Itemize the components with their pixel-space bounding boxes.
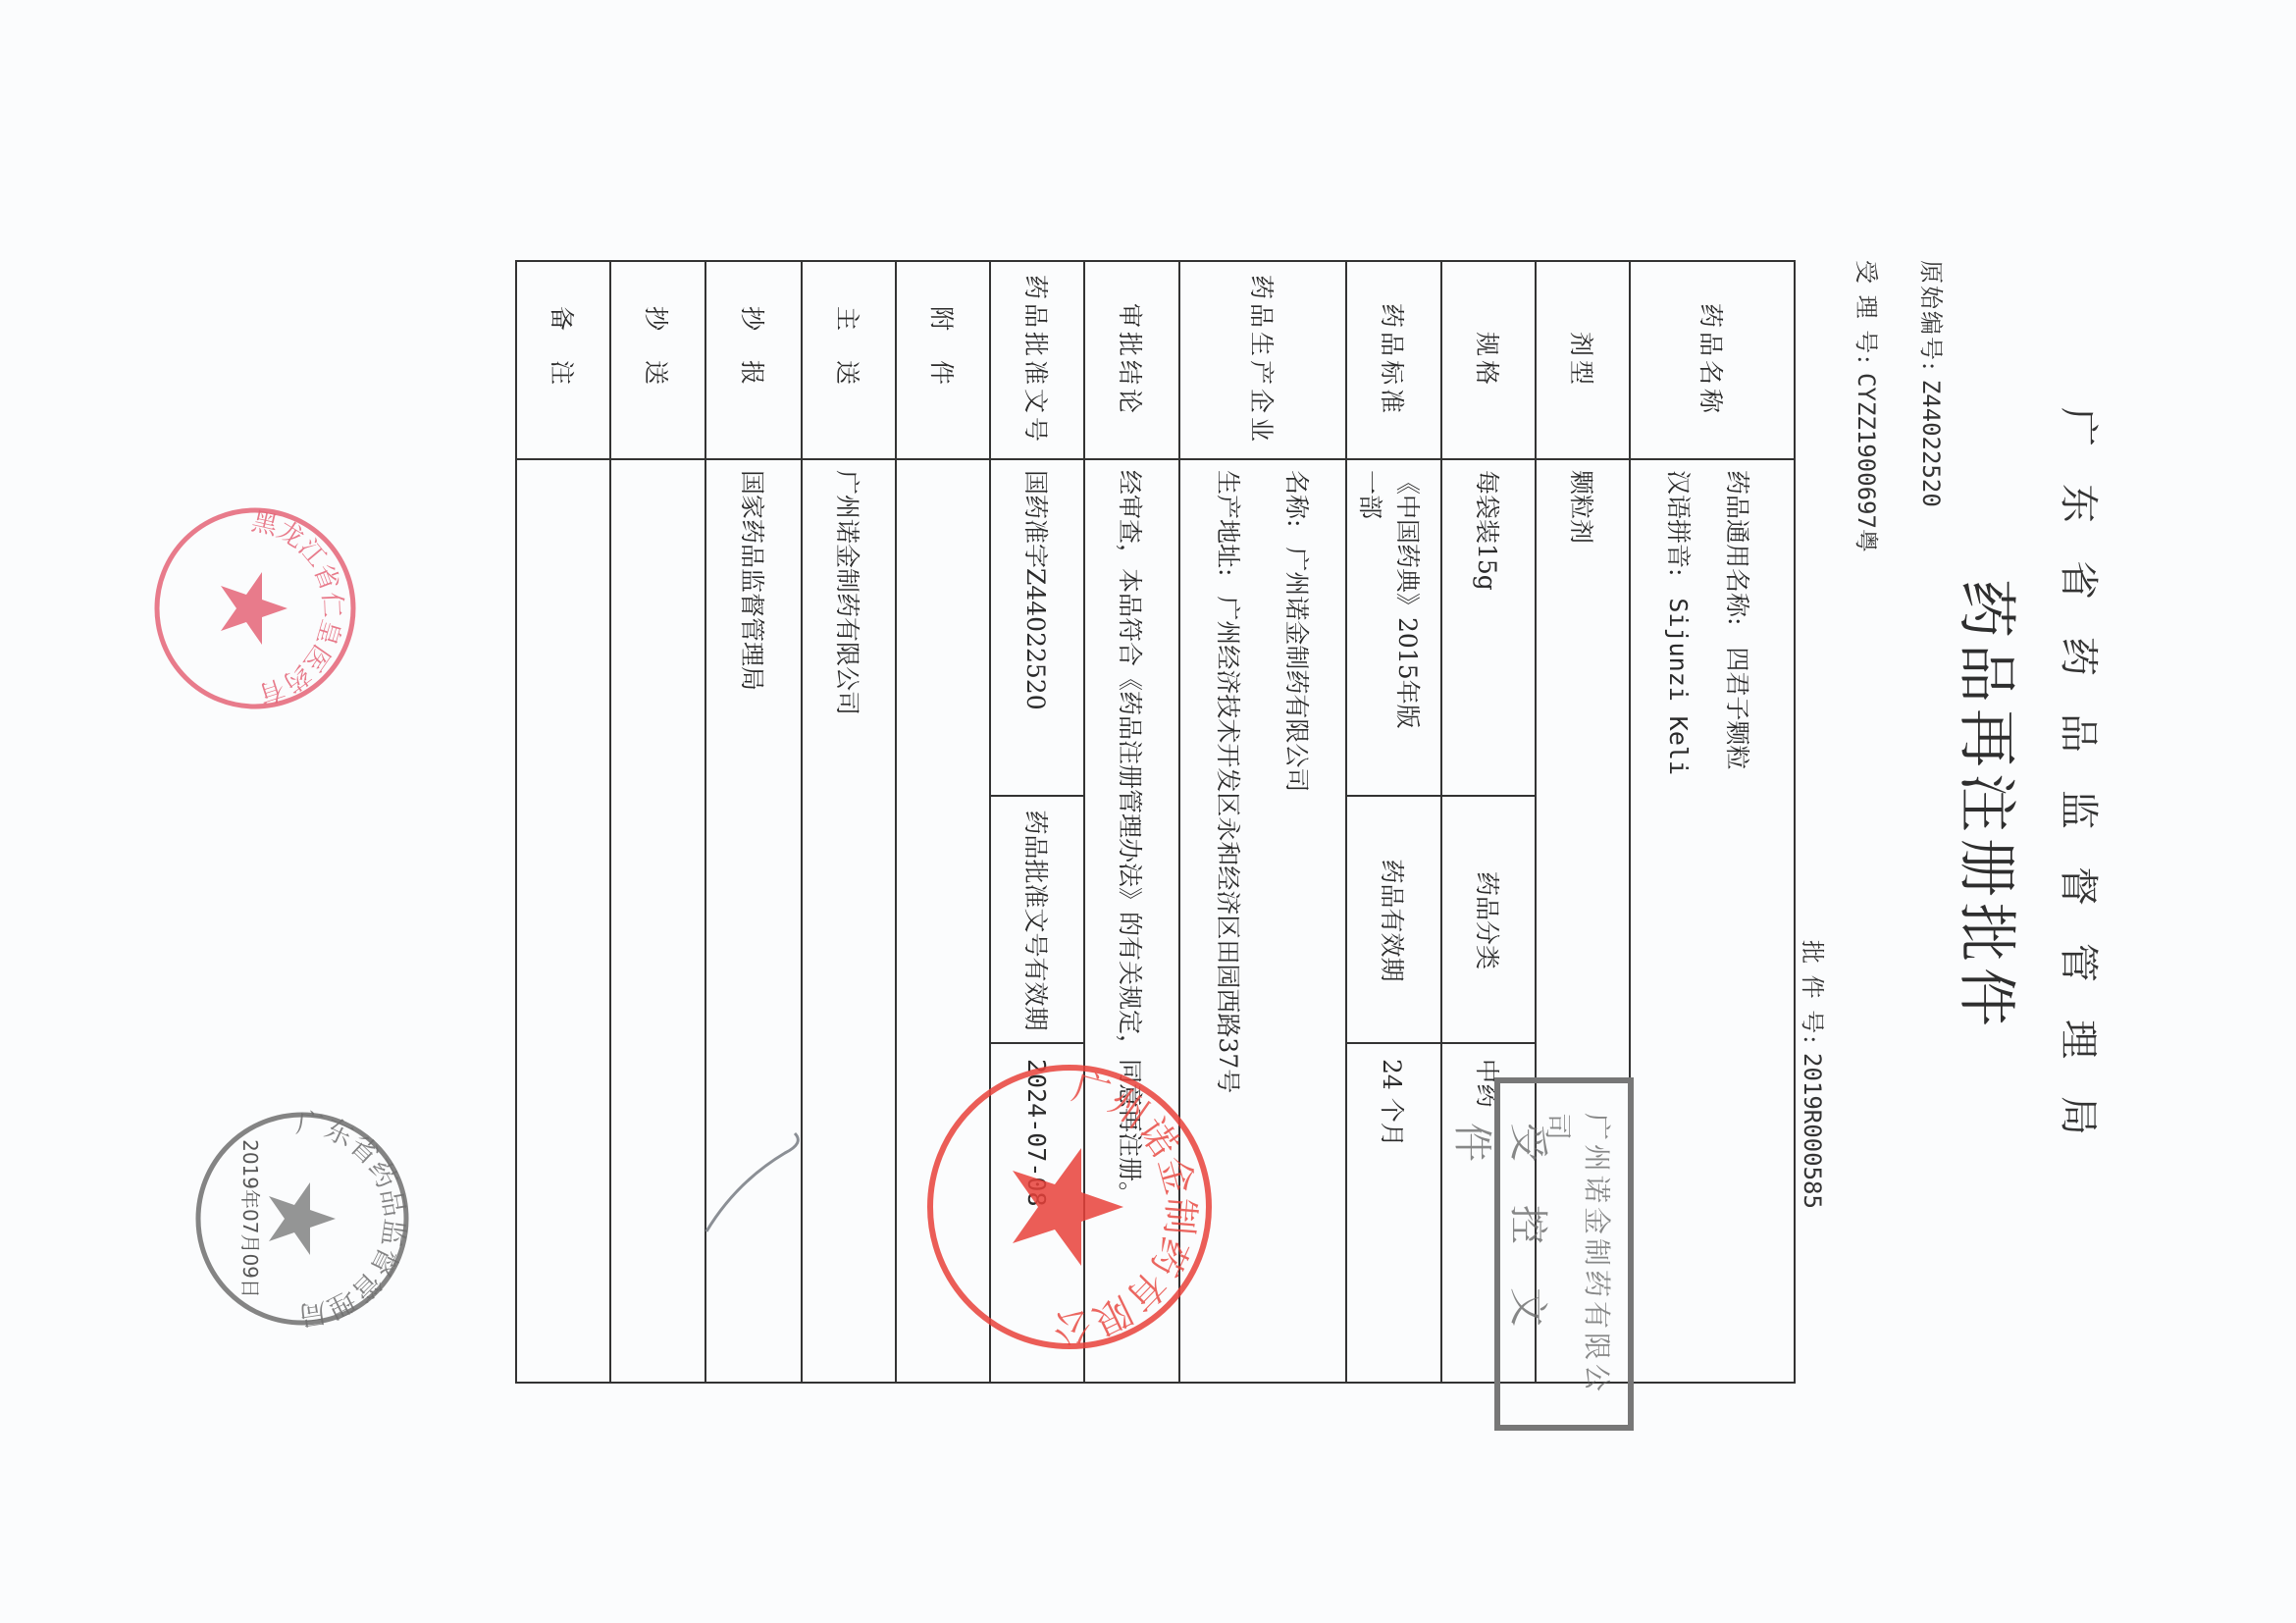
approval-document: 广东省药品监督管理局 药品再注册批件 原始编号: Z44022520 受 理 号… [0,0,2296,1623]
generic-name-label: 药品通用名称: [1723,470,1751,625]
manufacturer-address-value: 广州经济技术开发区永和经济区田园西路37号 [1214,596,1242,1093]
agency-seal: 广东省药品监督管理局 2019年07月09日 [191,1109,412,1330]
standard-value-line1: 《中国药典》2015年版 [1391,470,1427,729]
approval-number-value: 国药准字Z44022520 [991,470,1083,710]
label-drug-name: 药品名称 [1631,262,1794,460]
label-approval-number: 药品批准文号 [991,262,1083,460]
original-number-label: 原始编号: [1917,260,1945,372]
label-remarks: 备注 [517,262,609,460]
document-scan: 广东省药品监督管理局 药品再注册批件 原始编号: Z44022520 受 理 号… [0,0,2296,1623]
company-seal-icon: 广州诺金制药有限公司 [922,1060,1217,1354]
pharmacy-seal: 黑龙江省仁皇医药有限公司 [152,505,358,711]
label-manufacturer: 药品生产企业 [1180,262,1345,460]
label-shelf-life: 药品有效期 [1347,797,1440,1044]
issuing-agency: 广东省药品监督管理局 [2054,407,2110,1173]
acceptance-number-label: 受 理 号: [1852,260,1880,365]
manufacturer-address-label: 生产地址: [1214,470,1242,576]
approval-number-label: 批 件 号: [1799,940,1826,1045]
label-cc: 抄送 [611,262,704,460]
row-main-recipient: 主送 广州诺金制药有限公司 [803,262,897,1382]
label-report-to: 抄报 [706,262,801,460]
approval-number-value: 2019R000585 [1799,1053,1826,1209]
manufacturer-address: 生产地址: 广州经济技术开发区永和经济区田园西路37号 [1212,470,1247,1093]
approval-number: 批 件 号: 2019R000585 [1798,940,1832,1209]
specification-value: 每袋装15g [1442,470,1535,591]
row-standard: 药品标准 《中国药典》2015年版 一部 药品有效期 24 个月 [1347,262,1442,1382]
pencil-mark [687,1114,805,1251]
row-drug-name: 药品名称 药品通用名称: 四君子颗粒 汉语拼音: Sijunzi Keli [1631,262,1794,1382]
label-dosage-form: 剂型 [1537,262,1629,460]
main-recipient-value: 广州诺金制药有限公司 [803,470,895,715]
report-to-value: 国家药品监督管理局 [706,470,801,691]
manufacturer-name-value: 广州诺金制药有限公司 [1282,547,1311,792]
label-main-recipient: 主送 [803,262,895,460]
dosage-form-value: 颗粒剂 [1537,470,1629,544]
pinyin-label: 汉语拼音: [1664,470,1693,576]
original-number: 原始编号: Z44022520 [1916,260,1951,507]
label-attachment: 附件 [897,262,989,460]
label-drug-category: 药品分类 [1442,797,1535,1044]
row-remarks: 备注 [517,262,611,1382]
pinyin-name: 汉语拼音: Sijunzi Keli [1662,470,1697,775]
acceptance-number: 受 理 号: CYZZ1900697粤 [1852,260,1886,552]
shelf-life-value: 24 个月 [1347,1059,1440,1147]
standard-value-line2: 一部 [1354,470,1389,519]
svg-text:2019年07月09日: 2019年07月09日 [238,1139,262,1298]
label-conclusion: 审批结论 [1085,262,1178,460]
label-specification: 规格 [1442,262,1535,460]
pinyin-value: Sijunzi Keli [1664,598,1693,775]
generic-name-value: 四君子颗粒 [1723,647,1751,769]
original-number-value: Z44022520 [1917,380,1945,507]
generic-name: 药品通用名称: 四君子颗粒 [1721,470,1756,769]
acceptance-number-value: CYZZ1900697粤 [1852,373,1880,552]
manufacturer-name: 名称: 广州诺金制药有限公司 [1280,470,1316,792]
label-approval-validity: 药品批准文号有效期 [991,797,1083,1044]
label-standard: 药品标准 [1347,262,1440,460]
pharmacy-seal-icon: 黑龙江省仁皇医药有限公司 [152,505,358,711]
controlled-stamp-label: 受控文件 [1447,1123,1559,1425]
document-title: 药品再注册批件 [1949,579,2033,1032]
company-seal: 广州诺金制药有限公司 [922,1060,1217,1354]
controlled-document-stamp: 广州诺金制药有限公司 受控文件 [1494,1077,1634,1431]
manufacturer-name-label: 名称: [1282,470,1311,527]
agency-seal-icon: 广东省药品监督管理局 2019年07月09日 [191,1109,412,1330]
